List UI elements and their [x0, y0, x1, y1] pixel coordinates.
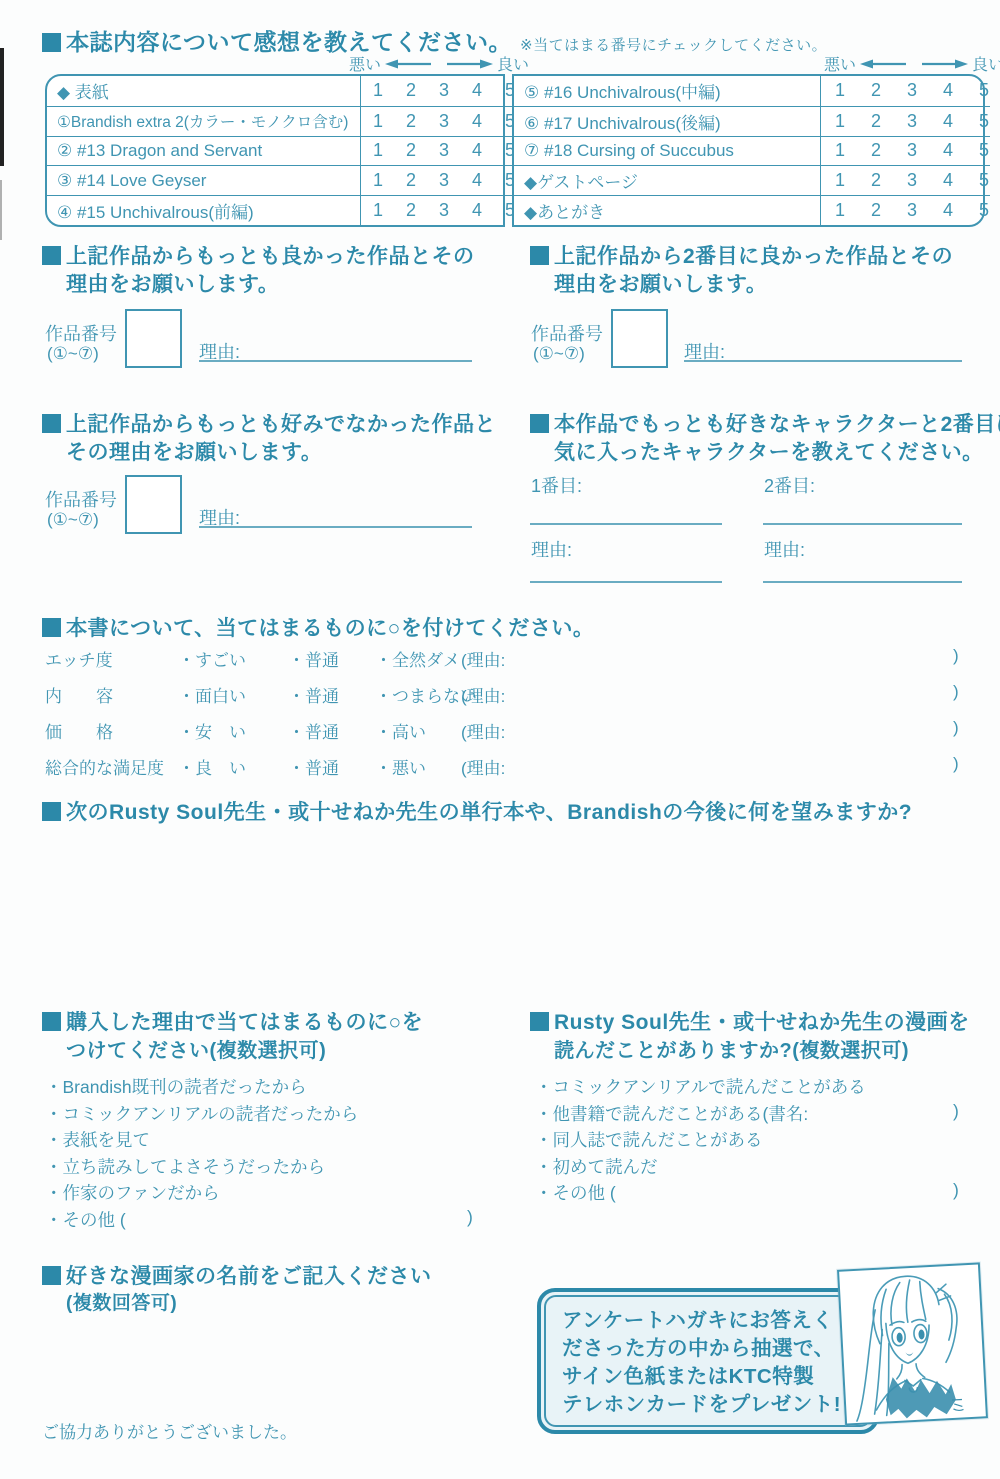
rating-row: ◆ゲストページ 1 2 3 4 5	[514, 165, 990, 195]
section-bullet-icon	[42, 1012, 61, 1031]
rating-row-label: ④ #15 Unchivalrous(前編)	[47, 196, 361, 225]
choice-item-other: ・その他 ( )	[535, 1180, 965, 1207]
q-book-reason-label: (理由:	[461, 646, 505, 671]
prize-text-line: アンケートハガキにお答えく	[562, 1307, 870, 1335]
q-second-range-label: (①~⑦)	[533, 344, 585, 364]
rating-scale-1-5: 1 2 3 4 5	[821, 170, 990, 191]
q-book-row: 価 格 ・安 い ・普通 ・高い (理由: )	[45, 718, 960, 742]
q-second-heading-text1: 上記作品から2番目に良かった作品とその	[554, 245, 953, 268]
q-chara-reason2-line	[763, 563, 962, 583]
choice-other-text: ・その他 (	[45, 1210, 126, 1230]
section-bullet-icon	[42, 246, 61, 265]
q-book-reason-label: (理由:	[461, 682, 505, 707]
rating-row-label: ② #13 Dragon and Servant	[47, 137, 361, 166]
scale-arrows-icon	[860, 58, 968, 70]
q-book-heading: 本書について、当てはまるものに○を付けてください。	[42, 612, 594, 642]
rating-scale-1-5: 1 2 3 4 5	[361, 111, 516, 132]
q-best-heading-line2: 理由をお願いします。	[66, 268, 279, 298]
q-chara-second-label: 2番目:	[764, 472, 815, 498]
prize-box: アンケートハガキにお答えく ださった方の中から抽選で、 サイン色紙またはKTC特…	[537, 1288, 879, 1434]
scale-bad-label: 悪い	[824, 52, 856, 75]
q-least-workno-label: 作品番号	[45, 486, 117, 512]
q-second-workno-label: 作品番号	[531, 320, 603, 346]
q-book-option: ・普通	[288, 682, 339, 707]
section-bullet-icon	[42, 618, 61, 637]
scale-header-right: 悪い 良い	[824, 52, 1000, 75]
q-least-range-label: (①~⑦)	[47, 510, 99, 530]
q-purchase-heading-line2: つけてください(複数選択可)	[66, 1034, 326, 1063]
section-bullet-icon	[530, 414, 549, 433]
q-purchase-choices: ・Brandish既刊の読者だったから ・コミックアンリアルの読者だったから ・…	[45, 1074, 477, 1233]
section-bullet-icon	[42, 802, 61, 821]
rating-scale-1-5: 1 2 3 4 5	[821, 140, 990, 161]
rating-scale-1-5: 1 2 3 4 5	[361, 140, 516, 161]
rating-row-label: ③ #14 Love Geyser	[47, 166, 361, 195]
q-chara-second-line	[763, 505, 962, 525]
scale-good-label: 良い	[497, 52, 529, 75]
q-second-heading-line1: 上記作品から2番目に良かった作品とその	[530, 240, 953, 270]
q-chara-heading-line2: 気に入ったキャラクターを教えてください。	[554, 436, 984, 466]
q-artist-heading-text1: 好きな漫画家の名前をご記入ください	[66, 1265, 432, 1288]
questionnaire-page: 本誌内容について感想を教えてください。 ※当てはまる番号にチェックしてください。…	[0, 0, 1000, 1479]
rating-row: ② #13 Dragon and Servant 1 2 3 4 5	[47, 136, 516, 166]
q-least-reason-line	[199, 506, 472, 528]
choice-item: ・Brandish既刊の読者だったから	[45, 1074, 477, 1101]
q-book-option: ・普通	[288, 754, 339, 779]
q-future-heading-text: 次のRusty Soul先生・或十せねか先生の単行本や、Brandishの今後に…	[66, 801, 912, 824]
q-book-row-label: 総合的な満足度	[45, 754, 164, 779]
q-purchase-heading-line1: 購入した理由で当てはまるものに○を	[42, 1006, 423, 1036]
q-book-reason-label: (理由:	[461, 754, 505, 779]
q-book-row: 内 容 ・面白い ・普通 ・つまらない (理由: )	[45, 682, 960, 706]
choice-item: ・作家のファンだから	[45, 1180, 477, 1207]
q-book-row-label: 内 容	[45, 682, 113, 707]
section-bullet-icon	[42, 1266, 61, 1285]
q-purchase-heading-text1: 購入した理由で当てはまるものに○を	[66, 1011, 423, 1034]
q-book-close-paren: )	[953, 682, 959, 702]
q-read-heading-text1: Rusty Soul先生・或十せねか先生の漫画を	[554, 1011, 970, 1034]
q-chara-first-line	[530, 505, 722, 525]
choice-item: ・コミックアンリアルの読者だったから	[45, 1101, 477, 1128]
q-book-option: ・すごい	[178, 646, 246, 671]
q-book-option: ・悪い	[375, 754, 426, 779]
q-book-row: 総合的な満足度 ・良 い ・普通 ・悪い (理由: )	[45, 754, 960, 778]
choice-item-other: ・その他 ( )	[45, 1207, 477, 1234]
choice-book-text: ・他書籍で読んだことがある(書名:	[535, 1104, 808, 1124]
q-book-row-label: 価 格	[45, 718, 113, 743]
rating-scale-1-5: 1 2 3 4 5	[361, 200, 516, 221]
q-book-close-paren: )	[953, 754, 959, 774]
rating-row: ⑤ #16 Unchivalrous(中編) 1 2 3 4 5	[514, 76, 990, 106]
choice-other-close-paren: )	[467, 1207, 473, 1228]
q-book-close-paren: )	[953, 718, 959, 738]
q-second-heading-line2: 理由をお願いします。	[554, 268, 767, 298]
choice-item-book: ・他書籍で読んだことがある(書名: )	[535, 1101, 965, 1128]
section-bullet-icon	[530, 1012, 549, 1031]
q-chara-reason1-label: 理由:	[531, 536, 572, 562]
footer-thanks: ご協力ありがとうございました。	[42, 1418, 297, 1443]
prize-text-line: ださった方の中から抽選で、	[562, 1335, 870, 1363]
section-bullet-icon	[530, 246, 549, 265]
choice-item: ・コミックアンリアルで読んだことがある	[535, 1074, 965, 1101]
q-book-heading-text: 本書について、当てはまるものに○を付けてください。	[66, 617, 594, 640]
prize-illustration-card	[837, 1262, 988, 1425]
q-artist-heading-line2: (複数回答可)	[66, 1288, 177, 1315]
rating-row-label: ①Brandish extra 2(カラー・モノクロ含む)	[47, 107, 361, 136]
q-best-workno-box	[125, 309, 182, 368]
q-book-row: エッチ度 ・すごい ・普通 ・全然ダメ (理由: )	[45, 646, 960, 670]
choice-item: ・初めて読んだ	[535, 1154, 965, 1181]
q-book-row-label: エッチ度	[45, 646, 113, 671]
q-read-heading-line1: Rusty Soul先生・或十せねか先生の漫画を	[530, 1006, 970, 1036]
rating-scale-1-5: 1 2 3 4 5	[361, 170, 516, 191]
q-chara-first-label: 1番目:	[531, 472, 582, 498]
rating-row-label: ⑤ #16 Unchivalrous(中編)	[514, 76, 821, 106]
rating-row: ◆ 表紙 1 2 3 4 5	[47, 76, 516, 106]
q-best-heading-line1: 上記作品からもっとも良かった作品とその	[42, 240, 475, 270]
section-bullet-icon	[42, 414, 61, 433]
q-future-write-area	[42, 830, 962, 1000]
rating-scale-1-5: 1 2 3 4 5	[821, 111, 990, 132]
rating-table-right: ⑤ #16 Unchivalrous(中編) 1 2 3 4 5 ⑥ #17 U…	[512, 74, 985, 227]
q-chara-reason1-line	[530, 563, 722, 583]
q-book-option: ・良 い	[178, 754, 246, 779]
prize-text-line: サイン色紙またはKTC特製	[562, 1363, 870, 1391]
q-book-reason-label: (理由:	[461, 718, 505, 743]
q-book-option: ・高い	[375, 718, 426, 743]
prize-text-line: テレホンカードをプレゼント!	[562, 1391, 870, 1419]
q-second-reason-line	[684, 340, 962, 362]
rating-row-label: ⑦ #18 Cursing of Succubus	[514, 137, 821, 166]
rating-scale-1-5: 1 2 3 4 5	[821, 200, 990, 221]
rating-row: ⑥ #17 Unchivalrous(後編) 1 2 3 4 5	[514, 106, 990, 136]
rating-row: ③ #14 Love Geyser 1 2 3 4 5	[47, 165, 516, 195]
rating-row: ①Brandish extra 2(カラー・モノクロ含む) 1 2 3 4 5	[47, 106, 516, 136]
q-book-option: ・面白い	[178, 682, 246, 707]
rating-row-label: ◆ゲストページ	[514, 166, 821, 195]
q-least-heading-text1: 上記作品からもっとも好みでなかった作品と	[66, 413, 496, 436]
rating-row: ④ #15 Unchivalrous(前編) 1 2 3 4 5	[47, 195, 516, 225]
q-artist-heading-line1: 好きな漫画家の名前をご記入ください	[42, 1260, 432, 1290]
rating-row: ◆あとがき 1 2 3 4 5	[514, 195, 990, 225]
choice-item: ・表紙を見て	[45, 1127, 477, 1154]
q-read-choices: ・コミックアンリアルで読んだことがある ・他書籍で読んだことがある(書名: ) …	[535, 1074, 965, 1207]
q-second-workno-box	[611, 309, 668, 368]
q-best-workno-label: 作品番号	[45, 320, 117, 346]
rating-row: ⑦ #18 Cursing of Succubus 1 2 3 4 5	[514, 136, 990, 166]
q-best-heading-text1: 上記作品からもっとも良かった作品とその	[66, 245, 475, 268]
scan-artifact	[0, 48, 4, 166]
q-least-heading-line1: 上記作品からもっとも好みでなかった作品と	[42, 408, 496, 438]
scale-arrows-icon	[385, 58, 493, 70]
rating-table-left: ◆ 表紙 1 2 3 4 5 ①Brandish extra 2(カラー・モノク…	[45, 74, 505, 227]
q-chara-heading-line1: 本作品でもっとも好きなキャラクターと2番目に	[530, 408, 1000, 438]
choice-other-close-paren: )	[953, 1180, 959, 1201]
scale-good-label: 良い	[972, 52, 1000, 75]
choice-other-text: ・その他 (	[535, 1183, 616, 1203]
rating-row-label: ⑥ #17 Unchivalrous(後編)	[514, 107, 821, 136]
scan-artifact	[0, 180, 2, 240]
rating-scale-1-5: 1 2 3 4 5	[821, 80, 990, 101]
prize-box-inner: アンケートハガキにお答えく ださった方の中から抽選で、 サイン色紙またはKTC特…	[544, 1295, 872, 1427]
section-bullet-icon	[42, 33, 61, 52]
q-least-workno-box	[125, 475, 182, 534]
q-chara-reason2-label: 理由:	[764, 536, 805, 562]
anime-girl-sketch	[839, 1265, 985, 1423]
q-book-option: ・普通	[288, 718, 339, 743]
q-book-close-paren: )	[953, 646, 959, 666]
q-read-heading-line2: 読んだことがありますか?(複数選択可)	[554, 1034, 909, 1063]
q-book-option: ・全然ダメ	[375, 646, 460, 671]
q-best-reason-line	[199, 340, 472, 362]
q-book-option: ・普通	[288, 646, 339, 671]
q-least-heading-line2: その理由をお願いします。	[66, 436, 322, 466]
scale-header-left: 悪い 良い	[349, 52, 529, 75]
rating-scale-1-5: 1 2 3 4 5	[361, 80, 516, 101]
q-future-heading: 次のRusty Soul先生・或十せねか先生の単行本や、Brandishの今後に…	[42, 796, 912, 826]
ratings-note: ※当てはまる番号にチェックしてください。	[520, 34, 827, 55]
choice-item: ・同人誌で読んだことがある	[535, 1127, 965, 1154]
choice-item: ・立ち読みしてよさそうだったから	[45, 1154, 477, 1181]
rating-row-label: ◆ 表紙	[47, 76, 361, 106]
scale-bad-label: 悪い	[349, 52, 381, 75]
q-best-range-label: (①~⑦)	[47, 344, 99, 364]
rating-row-label: ◆あとがき	[514, 196, 821, 225]
q-chara-heading-text1: 本作品でもっとも好きなキャラクターと2番目に	[554, 413, 1000, 436]
choice-book-close-paren: )	[953, 1101, 959, 1122]
q-book-option: ・安 い	[178, 718, 246, 743]
